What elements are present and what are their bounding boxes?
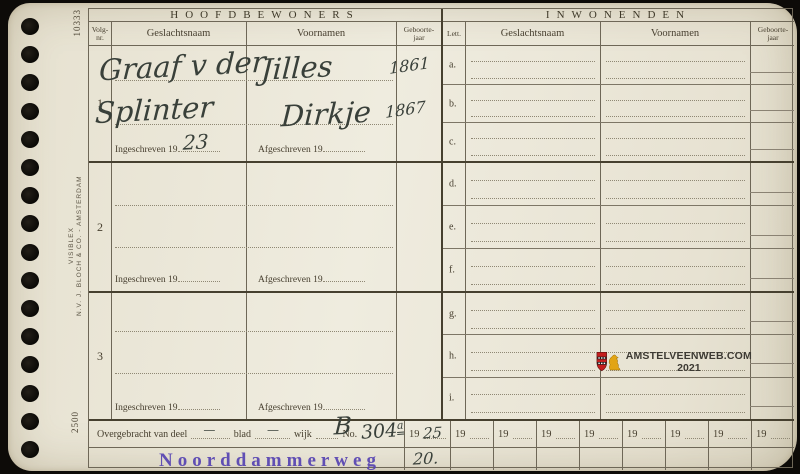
column-divider: [750, 206, 751, 248]
print-run-number: 2500: [70, 411, 80, 433]
writing-line: [606, 180, 745, 181]
header-lett: Lett.: [443, 22, 465, 45]
column-divider: [750, 46, 751, 84]
street-row: Noorddammerweg 20.: [89, 448, 794, 470]
deel-field: —: [191, 430, 229, 439]
dotted-line: [323, 401, 365, 410]
writing-line: [606, 241, 745, 242]
writing-line: [606, 310, 745, 311]
header-voornamen: Voornamen: [246, 22, 396, 45]
inwonenden-row-c: c.: [443, 123, 794, 161]
row-letter-label: g.: [449, 308, 457, 319]
column-divider: [465, 85, 466, 123]
inwonenden-title: INWONENDEN: [443, 9, 794, 22]
year-cell: 19: [752, 421, 794, 447]
hoofdbewoners-section-1: 1 Graaf v der Jilles 1861 Splinter Dirkj…: [89, 46, 441, 163]
punch-hole: [21, 300, 39, 317]
punch-hole: [21, 215, 39, 232]
empty-cell: [752, 448, 794, 470]
handwritten-firstname-1: Jilles: [260, 52, 333, 85]
dotted-line: [728, 429, 748, 439]
column-divider: [600, 249, 601, 291]
writing-line: [115, 331, 393, 332]
registration-dates-row: Ingeschreven 19 Afgeschreven 19: [115, 273, 435, 285]
punch-hole: [21, 272, 39, 289]
writing-line: [471, 61, 595, 62]
writing-line: [606, 198, 745, 199]
blad-label: blad: [234, 429, 251, 440]
writing-line: [606, 412, 745, 413]
street-cell: Noorddammerweg: [89, 448, 405, 470]
inwonenden-column-headers: Lett. Geslachtsnaam Voornamen Geboorte- …: [443, 22, 794, 46]
punch-hole: [21, 328, 39, 345]
year-cell: 19: [537, 421, 580, 447]
row-letter-label: d.: [449, 179, 457, 190]
writing-line: [471, 328, 595, 329]
writing-line: [471, 241, 595, 242]
handwritten-surname-2: Splinter: [94, 93, 214, 128]
writing-line: [606, 61, 745, 62]
birthyear-divider-line: [750, 321, 794, 322]
hoofdbewoners-panel: HOOFDBEWONERS Volg- nr. Geslachtsnaam Vo…: [89, 9, 441, 419]
writing-line: [606, 284, 745, 285]
handwritten-surname-1: Graaf v der: [98, 48, 266, 86]
column-divider: [600, 85, 601, 123]
year-cell: 19: [709, 421, 752, 447]
punch-hole: [21, 441, 39, 458]
writing-line: [471, 198, 595, 199]
punch-hole: [21, 159, 39, 176]
brand-name: VISIBLEX: [68, 153, 75, 338]
ingeschreven-label: Ingeschreven 19: [115, 145, 178, 155]
hoofdbewoners-column-headers: Volg- nr. Geslachtsnaam Voornamen Geboor…: [89, 22, 441, 46]
birthyear-divider-line: [750, 278, 794, 279]
row-letter-label: c.: [449, 137, 456, 148]
empty-cells-row: [451, 448, 794, 470]
inwonenden-row-g: g.: [443, 293, 794, 335]
dotted-line: [323, 273, 365, 282]
handwritten-birthyear-1: 1861: [389, 55, 429, 77]
ingeschreven-label: Ingeschreven 19: [115, 403, 178, 413]
punch-hole: [21, 385, 39, 402]
writing-line: [606, 138, 745, 139]
form-number: 10333: [72, 9, 82, 37]
column-divider: [750, 123, 751, 161]
inwonenden-row-b: b.: [443, 85, 794, 124]
year-cell: 19: [451, 421, 494, 447]
afgeschreven-label: Afgeschreven 19: [258, 145, 323, 155]
year-1925-cell: 19 25: [405, 421, 451, 447]
wijk-field: B: [316, 430, 339, 439]
inwonenden-row-a: a.: [443, 46, 794, 85]
house-number-cell: 20.: [405, 448, 451, 470]
writing-line: [606, 328, 745, 329]
writing-line: [471, 310, 595, 311]
dotted-line: [556, 429, 576, 439]
empty-cell: [623, 448, 666, 470]
empty-cell: [580, 448, 623, 470]
writing-line: [471, 394, 595, 395]
dotted-line: [599, 429, 619, 439]
punch-hole: [21, 356, 39, 373]
column-divider: [465, 206, 466, 248]
handwritten-deel: —: [203, 423, 215, 437]
column-divider: [750, 85, 751, 123]
header-geboortejaar: Geboorte- jaar: [750, 22, 796, 45]
empty-cell: [494, 448, 537, 470]
empty-cell: [537, 448, 580, 470]
column-divider: [465, 123, 466, 161]
punch-hole: [21, 103, 39, 120]
punch-hole: [21, 244, 39, 261]
handwritten-wijk: B: [333, 413, 352, 438]
writing-line: [471, 138, 595, 139]
handwritten-house-number: 20.: [413, 450, 439, 467]
printer-name: N.V. J. BLOCH & CO. - AMSTERDAM: [76, 153, 83, 338]
writing-line: [471, 116, 595, 117]
column-divider: [600, 46, 601, 84]
column-divider: [465, 163, 466, 205]
inwonenden-row-d: d.: [443, 163, 794, 206]
column-divider: [600, 123, 601, 161]
register-table: HOOFDBEWONERS Volg- nr. Geslachtsnaam Vo…: [88, 8, 793, 468]
writing-line: [471, 284, 595, 285]
writing-line: [471, 78, 595, 79]
writing-line: [606, 394, 745, 395]
birthyear-divider-line: [750, 110, 794, 111]
column-divider: [750, 249, 751, 291]
column-divider: [600, 293, 601, 334]
dotted-line: [178, 143, 220, 152]
section-number: 3: [89, 293, 111, 419]
row-letter-label: e.: [449, 222, 456, 233]
ingeschreven-label: Ingeschreven 19: [115, 275, 178, 285]
printer-imprint: VISIBLEX N.V. J. BLOCH & CO. - AMSTERDAM: [68, 153, 83, 338]
birthyear-divider-line: [750, 72, 794, 73]
column-divider: [396, 163, 397, 291]
inwonenden-row-f: f.: [443, 249, 794, 291]
handwritten-birthyear-2: 1867: [385, 99, 425, 121]
inwonenden-group-1: a.b.c.: [443, 46, 794, 163]
dotted-line: [685, 429, 705, 439]
hoofdbewoners-title: HOOFDBEWONERS: [89, 9, 441, 22]
writing-line: [606, 78, 745, 79]
row-letter-label: h.: [449, 350, 457, 361]
dotted-line: [771, 429, 791, 439]
writing-line: [471, 266, 595, 267]
dotted-line: [178, 273, 220, 282]
handwritten-firstname-2: Dirkje: [280, 98, 372, 132]
writing-line: [115, 247, 393, 248]
writing-line: [471, 370, 595, 371]
watermark-site: AMSTELVEENWEB.COM: [626, 350, 752, 362]
column-divider: [111, 293, 112, 419]
header-geslachtsnaam: Geslachtsnaam: [111, 22, 246, 45]
row-letter-label: i.: [449, 393, 454, 404]
writing-line: [606, 223, 745, 224]
column-divider: [600, 206, 601, 248]
writing-line: [606, 155, 745, 156]
wijk-label: wijk: [294, 429, 312, 440]
writing-line: [115, 373, 393, 374]
column-divider: [465, 378, 466, 419]
amstelveen-crest-icon: [596, 350, 623, 374]
dotted-line: [642, 429, 662, 439]
inwonenden-group-2: d.e.f.: [443, 163, 794, 293]
dotted-line: [178, 401, 220, 410]
dotted-line: [470, 429, 490, 439]
punch-hole: [21, 18, 39, 35]
year-cell: 19: [666, 421, 709, 447]
writing-line: [471, 412, 595, 413]
printed-19: 19: [409, 429, 420, 440]
birthyear-divider-line: [750, 406, 794, 407]
column-divider: [465, 249, 466, 291]
overgebracht-label: Overgebracht van deel: [97, 429, 187, 440]
binder-hole-strip: [8, 3, 63, 471]
handwritten-house-register-number: 304a: [360, 418, 404, 443]
writing-line: [471, 100, 595, 101]
column-divider: [111, 163, 112, 291]
header-geslachtsnaam: Geslachtsnaam: [465, 22, 600, 45]
dotted-line: [513, 429, 533, 439]
watermark-year: 2021: [677, 362, 700, 374]
overgebracht-cell: Overgebracht van deel — blad — wijk B No…: [89, 421, 405, 447]
punch-hole: [21, 46, 39, 63]
afgeschreven-label: Afgeschreven 19: [258, 403, 323, 413]
birthyear-divider-line: [750, 149, 794, 150]
row-letter-label: f.: [449, 265, 455, 276]
writing-line: [115, 205, 393, 206]
header-volgnr: Volg- nr.: [89, 22, 111, 45]
year-cell: 19: [494, 421, 537, 447]
empty-cell: [709, 448, 752, 470]
registration-dates-row: Ingeschreven 19 Afgeschreven 19: [115, 143, 435, 155]
header-voornamen: Voornamen: [600, 22, 750, 45]
empty-cell: [451, 448, 494, 470]
column-divider: [750, 163, 751, 205]
overgebracht-row: Overgebracht van deel — blad — wijk B No…: [89, 421, 794, 448]
transfer-footer: Overgebracht van deel — blad — wijk B No…: [89, 419, 794, 469]
header-geboortejaar: Geboorte- jaar: [396, 22, 442, 45]
writing-line: [471, 223, 595, 224]
row-letter-label: a.: [449, 59, 456, 70]
writing-line: [471, 180, 595, 181]
amstelveenweb-watermark: AMSTELVEENWEB.COM 2021: [596, 339, 752, 385]
registration-card: 10333 VISIBLEX N.V. J. BLOCH & CO. - AMS…: [8, 3, 797, 471]
column-divider: [246, 163, 247, 291]
afgeschreven-label: Afgeschreven 19: [258, 275, 323, 285]
birthyear-divider-line: [750, 192, 794, 193]
hoofdbewoners-section-2: 2 Ingeschreven 19 Afgeschreven 19: [89, 163, 441, 293]
writing-line: [606, 266, 745, 267]
street-name-stamp: Noorddammerweg: [159, 450, 381, 472]
column-divider: [465, 293, 466, 334]
punch-hole: [21, 74, 39, 91]
handwritten-25: 25: [423, 425, 443, 441]
year-cell: 19: [580, 421, 623, 447]
year-cells-row: 1919191919191919: [451, 421, 794, 447]
year-cell: 19: [623, 421, 666, 447]
writing-line: [606, 100, 745, 101]
empty-cell: [666, 448, 709, 470]
hoofdbewoners-section-3: 3 Ingeschreven 19 Afgeschreven 19: [89, 293, 441, 419]
punch-hole: [21, 131, 39, 148]
registration-dates-row: Ingeschreven 19 Afgeschreven 19: [115, 401, 435, 413]
writing-line: [471, 155, 595, 156]
writing-line: [471, 352, 595, 353]
birthyear-divider-line: [750, 235, 794, 236]
birthyear-divider-line: [750, 363, 794, 364]
punch-hole: [21, 187, 39, 204]
punch-hole: [21, 413, 39, 430]
writing-line: [606, 116, 745, 117]
inwonenden-row-e: e.: [443, 206, 794, 249]
handwritten-blad: —: [267, 423, 279, 437]
column-divider: [600, 163, 601, 205]
dotted-line: [323, 143, 365, 152]
photo-background: 10333 VISIBLEX N.V. J. BLOCH & CO. - AMS…: [0, 0, 800, 474]
section-number: 2: [89, 163, 111, 291]
blad-field: —: [255, 430, 290, 439]
column-divider: [465, 335, 466, 376]
column-divider: [750, 293, 751, 334]
row-letter-label: b.: [449, 98, 457, 109]
column-divider: [465, 46, 466, 84]
